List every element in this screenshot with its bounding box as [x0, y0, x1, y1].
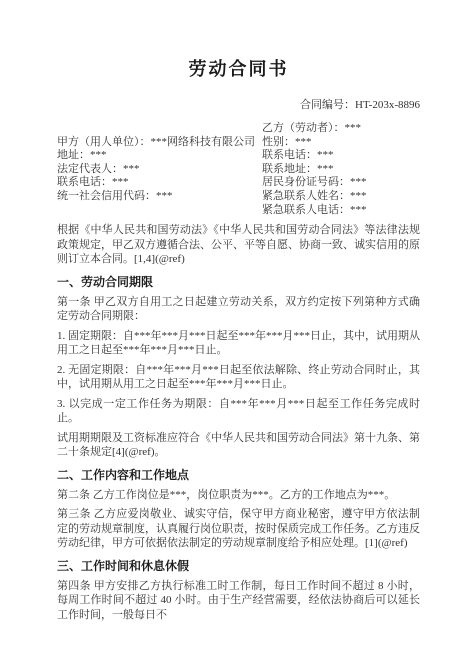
party-b-emergency-phone-line: 紧急联系人电话：***	[262, 204, 420, 218]
section-1-term-option-fixed: 1. 固定期限：自***年***月***日起至***年***月***日止，其中，…	[57, 329, 420, 358]
section-2-paragraph-position: 第二条 乙方工作岗位是***，岗位职责为***。乙方的工作地点为***。	[57, 488, 420, 503]
section-1-term-option-open: 2. 无固定期限：自***年***月***日起至依法解除、终止劳动合同时止，其中…	[57, 363, 420, 392]
party-a-legal-rep-line: 法定代表人：***	[57, 163, 262, 177]
section-1-heading: 一、劳动合同期限	[57, 275, 420, 290]
party-b-phone-line: 联系电话：***	[262, 149, 420, 163]
party-a-address-line: 地址：***	[57, 149, 262, 163]
section-3-heading: 三、工作时间和休息休假	[57, 559, 420, 574]
section-1-term-option-task: 3. 以完成一定工作任务为期限：自***年***月***日起至工作任务完成时止。	[57, 397, 420, 426]
party-a-name-line: 甲方（用人单位）：***网络科技有限公司	[57, 136, 262, 150]
section-1-paragraph-intro: 第一条 甲乙双方自用工之日起建立劳动关系，双方约定按下列第种方式确定劳动合同期限…	[57, 295, 420, 324]
parties-info-block: 甲方（用人单位）：***网络科技有限公司 地址：*** 法定代表人：*** 联系…	[57, 122, 420, 217]
document-title: 劳动合同书	[57, 56, 420, 82]
section-1-probation-note: 试用期期限及工资标准应符合《中华人民共和国劳动合同法》第十九条、第二十条规定[4…	[57, 431, 420, 460]
party-a-info: 甲方（用人单位）：***网络科技有限公司 地址：*** 法定代表人：*** 联系…	[57, 122, 262, 217]
party-b-gender-line: 性别：***	[262, 136, 420, 150]
contract-number-value: HT-203x-8896	[355, 99, 420, 111]
contract-number-label: 合同编号：	[300, 99, 355, 111]
party-b-info: 乙方（劳动者）：*** 性别：*** 联系电话：*** 联系地址：*** 居民身…	[262, 122, 420, 217]
labor-contract-document: 劳动合同书 合同编号：HT-203x-8896 甲方（用人单位）：***网络科技…	[0, 0, 463, 655]
section-2-paragraph-duties: 第三条 乙方应爱岗敬业、诚实守信，保守甲方商业秘密，遵守甲方依法制定的劳动规章制…	[57, 507, 420, 551]
preamble-paragraph: 根据《中华人民共和国劳动法》《中华人民共和国劳动合同法》等法律法规政策规定，甲乙…	[57, 223, 420, 267]
party-a-phone-line: 联系电话：***	[57, 176, 262, 190]
party-b-id-number-line: 居民身份证号码：***	[262, 176, 420, 190]
party-b-name-line: 乙方（劳动者）：***	[262, 122, 420, 136]
party-b-emergency-name-line: 紧急联系人姓名：***	[262, 190, 420, 204]
contract-number: 合同编号：HT-203x-8896	[57, 98, 420, 112]
party-b-address-line: 联系地址：***	[262, 163, 420, 177]
section-3-paragraph-hours: 第四条 甲方安排乙方执行标准工时工作制，每日工作时间不超过 8 小时，每周工作时…	[57, 579, 420, 623]
party-a-credit-code-line: 统一社会信用代码：***	[57, 190, 262, 204]
section-2-heading: 二、工作内容和工作地点	[57, 468, 420, 483]
